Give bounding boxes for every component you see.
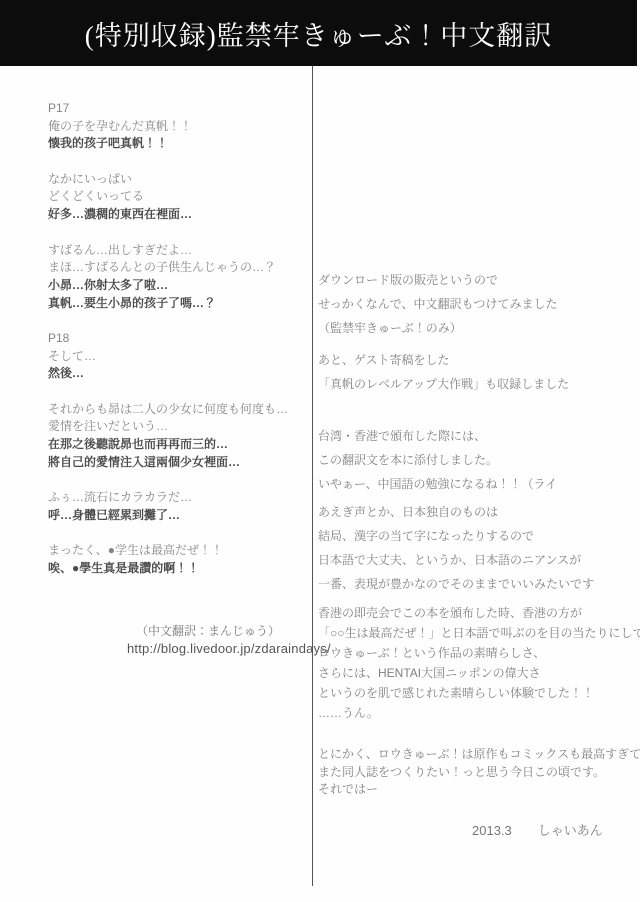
afterword-line: （監禁牢きゅーぶ！のみ）: [318, 316, 640, 340]
afterword-line: とにかく、ロウきゅーぶ！は原作もコミックスも最高すぎて: [318, 746, 640, 764]
afterword-line: 台湾・香港で頒布した際には、: [318, 424, 640, 448]
afterword-line: また同人誌をつくりたい！っと思う今日この頃です。: [318, 764, 640, 782]
afterword-paragraph: ダウンロード版の販売というのでせっかくなんで、中文翻訳もつけてみました（監禁牢き…: [318, 268, 640, 340]
afterword-paragraph: 台湾・香港で頒布した際には、この翻訳文を本に添付しました。いやぁー、中国語の勉強…: [318, 424, 640, 496]
afterword-line: というのを肌で感じれた素晴らしい体験でした！！: [318, 683, 640, 703]
afterword-line: 香港の即売会でこの本を頒布した時、香港の方が: [318, 603, 640, 623]
afterword-line: いやぁー、中国語の勉強になるね！！（ライ: [318, 472, 640, 496]
afterword-paragraph: とにかく、ロウきゅーぶ！は原作もコミックスも最高すぎてまた同人誌をつくりたい！っ…: [318, 746, 640, 799]
afterword-line: ……うん。: [318, 703, 640, 723]
afterword-line: この翻訳文を本に添付しました。: [318, 448, 640, 472]
scanned-afterword-page: (特別収録)監禁牢きゅーぶ！中文翻訳 P17俺の子を孕むんだ真帆！！懐我的孩子吧…: [0, 0, 640, 902]
afterword-paragraph: 香港の即売会でこの本を頒布した時、香港の方が「○○生は最高だぜ！」と日本語で叫ぶ…: [318, 603, 640, 723]
afterword-line: 結局、漢字の当て字になったりするので: [318, 524, 640, 548]
afterword-line: せっかくなんで、中文翻訳もつけてみました: [318, 292, 640, 316]
afterword-line: さらには、HENTAI大国ニッポンの偉大さ: [318, 663, 640, 683]
afterword-line: ロウきゅーぶ！という作品の素晴らしさ、: [318, 643, 640, 663]
right-column-afterword: ダウンロード版の販売というのでせっかくなんで、中文翻訳もつけてみました（監禁牢き…: [0, 0, 640, 902]
afterword-line: 「○○生は最高だぜ！」と日本語で叫ぶのを目の当たりにして: [318, 623, 640, 643]
afterword-line: 「真帆のレベルアップ大作戦」も収録しました: [318, 372, 640, 396]
afterword-line: それではー: [318, 781, 640, 799]
afterword-line: 一番、表現が豊かなのでそのままでいいみたいです: [318, 572, 640, 596]
afterword-line: あと、ゲスト寄稿をした: [318, 348, 640, 372]
afterword-line: あえぎ声とか、日本独自のものは: [318, 500, 640, 524]
afterword-paragraph: あと、ゲスト寄稿をした「真帆のレベルアップ大作戦」も収録しました: [318, 348, 640, 396]
afterword-line: 日本語で大丈夫、というか、日本語のニアンスが: [318, 548, 640, 572]
afterword-line: ダウンロード版の販売というので: [318, 268, 640, 292]
signature-date-author: 2013.3 しゃいあん: [472, 820, 603, 839]
afterword-paragraph: あえぎ声とか、日本独自のものは結局、漢字の当て字になったりするので日本語で大丈夫…: [318, 500, 640, 596]
